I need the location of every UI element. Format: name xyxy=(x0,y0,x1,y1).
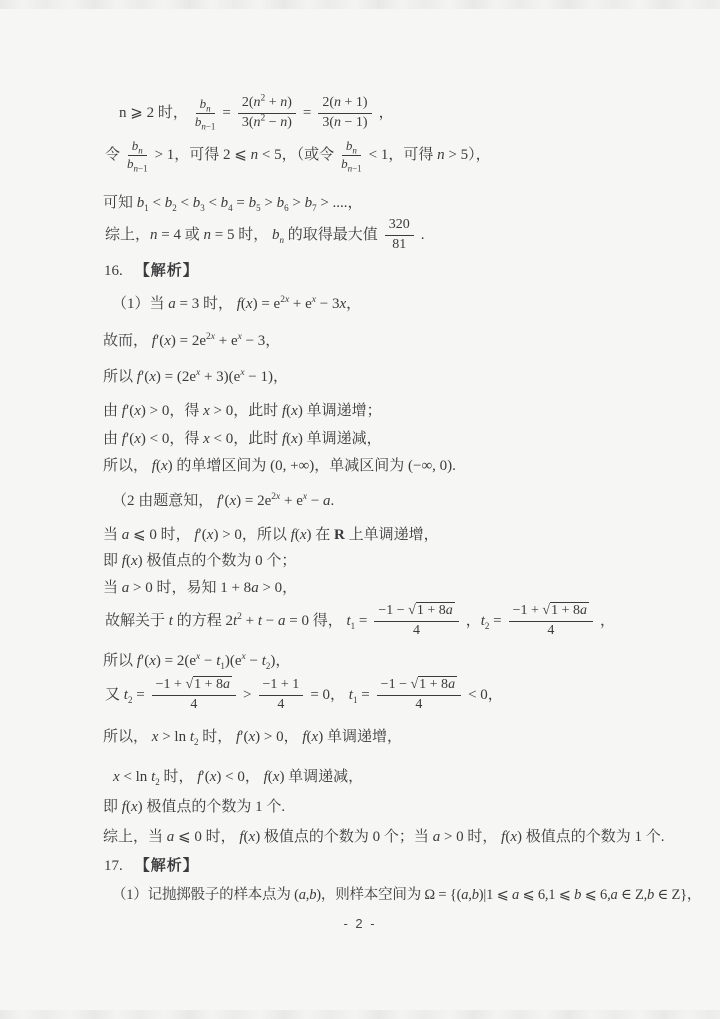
equals-sign: = xyxy=(303,104,311,122)
line-factored-derivative: 所以 f′(x) = (2ex + 3)(ex − 1)， xyxy=(103,367,288,387)
math-text: 故解关于 t 的方程 2t2 + t − a = 0 得， t1 = xyxy=(105,612,367,630)
math-text: . xyxy=(421,226,425,244)
line-one-extremum: 即 f(x) 极值点的个数为 1 个. xyxy=(103,797,285,817)
section-17-header: 17.【解析】 xyxy=(104,856,199,876)
math-text: 综上，n = 4 或 n = 5 时， bn 的取得最大值 xyxy=(105,226,378,244)
math-text: = 0， t1 = xyxy=(310,686,369,704)
line-part1-function: （1）当 a = 3 时， f(x) = e2x + ex − 3x， xyxy=(112,294,361,314)
line-ratio-formula: n ⩾ 2 时， bnbn−1 = 2(n2 + n)3(n2 − n) = 2… xyxy=(117,95,396,132)
line-sequence-order: 可知 b1 < b2 < b3 < b4 = b5 > b6 > b7 > ..… xyxy=(103,193,363,213)
line-increasing-case: 由 f′(x) > 0，得 x > 0，此时 f(x) 单调递增； xyxy=(103,401,382,421)
fraction-bn-ratio: bnbn−1 xyxy=(341,139,362,172)
analysis-tag: 【解析】 xyxy=(135,856,199,876)
line-quadratic-roots: 故解关于 t 的方程 2t2 + t − a = 0 得， t1 = −1 − … xyxy=(103,603,617,640)
fraction-bn-ratio: bnbn−1 xyxy=(195,97,216,130)
math-text: > 1，可得 2 ⩽ n < 5，（或令 xyxy=(155,146,335,164)
page-number: - 2 - xyxy=(0,916,720,931)
fraction-t1-value: −1 − √1 + 8a4 xyxy=(377,677,461,714)
fraction-simplified: 2(n + 1)3(n − 1) xyxy=(318,95,371,132)
fraction-zero-bound: −1 + 14 xyxy=(259,677,304,714)
math-text: n ⩾ 2 时， xyxy=(119,104,188,122)
greater-than-sign: > xyxy=(243,686,251,704)
math-text: 令 xyxy=(105,146,120,164)
problem-number: 16. xyxy=(104,261,123,281)
line-increasing-region: 所以， x > ln t2 时， f′(x) > 0， f(x) 单调递增， xyxy=(103,727,402,747)
line-derivative: 故而， f′(x) = 2e2x + ex − 3， xyxy=(103,331,280,351)
line-decreasing-case: 由 f′(x) < 0，得 x < 0，此时 f(x) 单调递减， xyxy=(103,429,382,449)
analysis-tag: 【解析】 xyxy=(135,261,199,281)
scan-noise-top xyxy=(0,0,720,9)
line-monotonic-intervals: 所以， f(x) 的单增区间为 (0, +∞)，单减区间为 (−∞, 0). xyxy=(103,456,456,476)
math-text: ， xyxy=(600,612,615,630)
line-zero-extrema: 即 f(x) 极值点的个数为 0 个； xyxy=(103,551,296,571)
scanned-solution-page: n ⩾ 2 时， bnbn−1 = 2(n2 + n)3(n2 − n) = 2… xyxy=(0,0,720,1019)
fraction-bn-ratio: bnbn−1 xyxy=(127,139,148,172)
line-factored-form: 所以 f′(x) = 2(ex − t1)(ex − t2)， xyxy=(103,651,290,671)
fraction-t2-root: −1 + √1 + 8a4 xyxy=(509,603,593,640)
math-text: < 1，可得 n > 5）， xyxy=(369,146,491,164)
section-16-header: 16.【解析】 xyxy=(104,261,199,281)
fraction-320-81: 32081 xyxy=(385,217,414,254)
fraction-t1-root: −1 − √1 + 8a4 xyxy=(374,603,458,640)
line-root-signs: 又 t2 = −1 + √1 + 8a4 > −1 + 14 = 0， t1 =… xyxy=(103,677,505,714)
line-max-value-conclusion: 综上，n = 4 或 n = 5 时， bn 的取得最大值 32081 . xyxy=(103,217,426,254)
line-inequality-condition: 令 bnbn−1 > 1，可得 2 ⩽ n < 5，（或令 bnbn−1 < 1… xyxy=(103,139,493,172)
line-a-positive: 当 a > 0 时，易知 1 + 8a > 0， xyxy=(103,578,297,598)
line-sample-space: （1）记抛掷骰子的样本点为 (a,b)，则样本空间为 Ω = {(a,b)|1 … xyxy=(112,885,701,905)
scan-noise-bottom xyxy=(0,1010,720,1019)
math-text: 又 t2 = xyxy=(105,686,145,704)
math-text: ，t2 = xyxy=(466,612,502,630)
line-decreasing-region: x < ln t2 时， f′(x) < 0， f(x) 单调递减， xyxy=(113,767,363,787)
line-part2-derivative: （2 由题意知， f′(x) = 2e2x + ex − a. xyxy=(112,491,334,511)
line-a-nonpositive: 当 a ⩽ 0 时， f′(x) > 0，所以 f(x) 在 R 上单调递增， xyxy=(103,525,439,545)
line-final-conclusion: 综上，当 a ⩽ 0 时， f(x) 极值点的个数为 0 个；当 a > 0 时… xyxy=(103,827,665,847)
problem-number: 17. xyxy=(104,856,123,876)
equals-sign: = xyxy=(222,104,230,122)
math-text: ， xyxy=(379,104,394,122)
fraction-quadratic: 2(n2 + n)3(n2 − n) xyxy=(238,95,296,132)
math-text: < 0， xyxy=(468,686,503,704)
fraction-t2-value: −1 + √1 + 8a4 xyxy=(152,677,236,714)
